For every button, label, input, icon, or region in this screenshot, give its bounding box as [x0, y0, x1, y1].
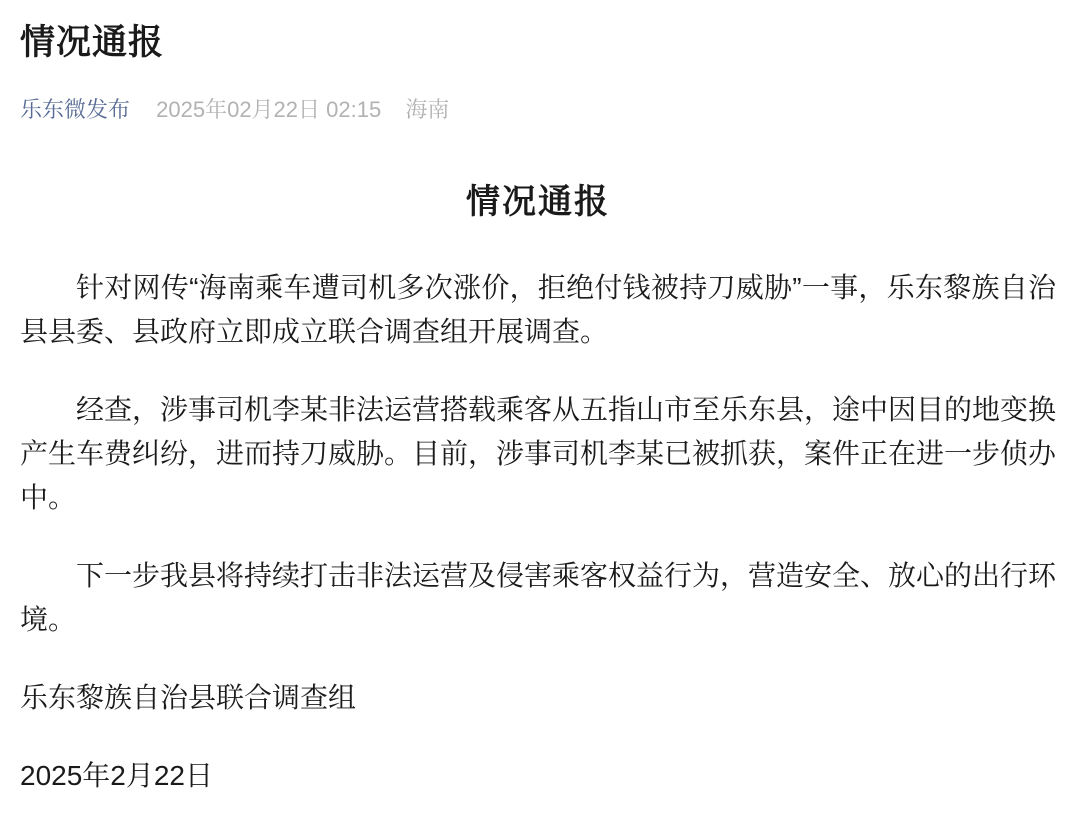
notice-title: 情况通报	[20, 184, 1056, 220]
signature: 乐东黎族自治县联合调查组	[20, 676, 1056, 720]
article-body: 情况通报 针对网传“海南乘车遭司机多次涨价，拒绝付钱被持刀威胁”一事，乐东黎族自…	[20, 184, 1056, 798]
publish-datetime: 2025年02月22日 02:15	[156, 97, 381, 122]
signature-date: 2025年2月22日	[20, 754, 1056, 798]
article-page: 情况通报 乐东微发布 2025年02月22日 02:15 海南 情况通报 针对网…	[0, 0, 1080, 826]
account-name-link[interactable]: 乐东微发布	[20, 97, 130, 122]
publish-location: 海南	[405, 97, 449, 122]
paragraph-1: 针对网传“海南乘车遭司机多次涨价，拒绝付钱被持刀威胁”一事，乐东黎族自治县县委、…	[20, 266, 1056, 354]
notice-paragraphs: 针对网传“海南乘车遭司机多次涨价，拒绝付钱被持刀威胁”一事，乐东黎族自治县县委、…	[20, 266, 1056, 642]
article-meta: 乐东微发布 2025年02月22日 02:15 海南	[20, 96, 1056, 124]
paragraph-3: 下一步我县将持续打击非法运营及侵害乘客权益行为，营造安全、放心的出行环境。	[20, 554, 1056, 642]
page-title: 情况通报	[20, 22, 1056, 64]
paragraph-2: 经查，涉事司机李某非法运营搭载乘客从五指山市至乐东县，途中因目的地变换产生车费纠…	[20, 388, 1056, 520]
